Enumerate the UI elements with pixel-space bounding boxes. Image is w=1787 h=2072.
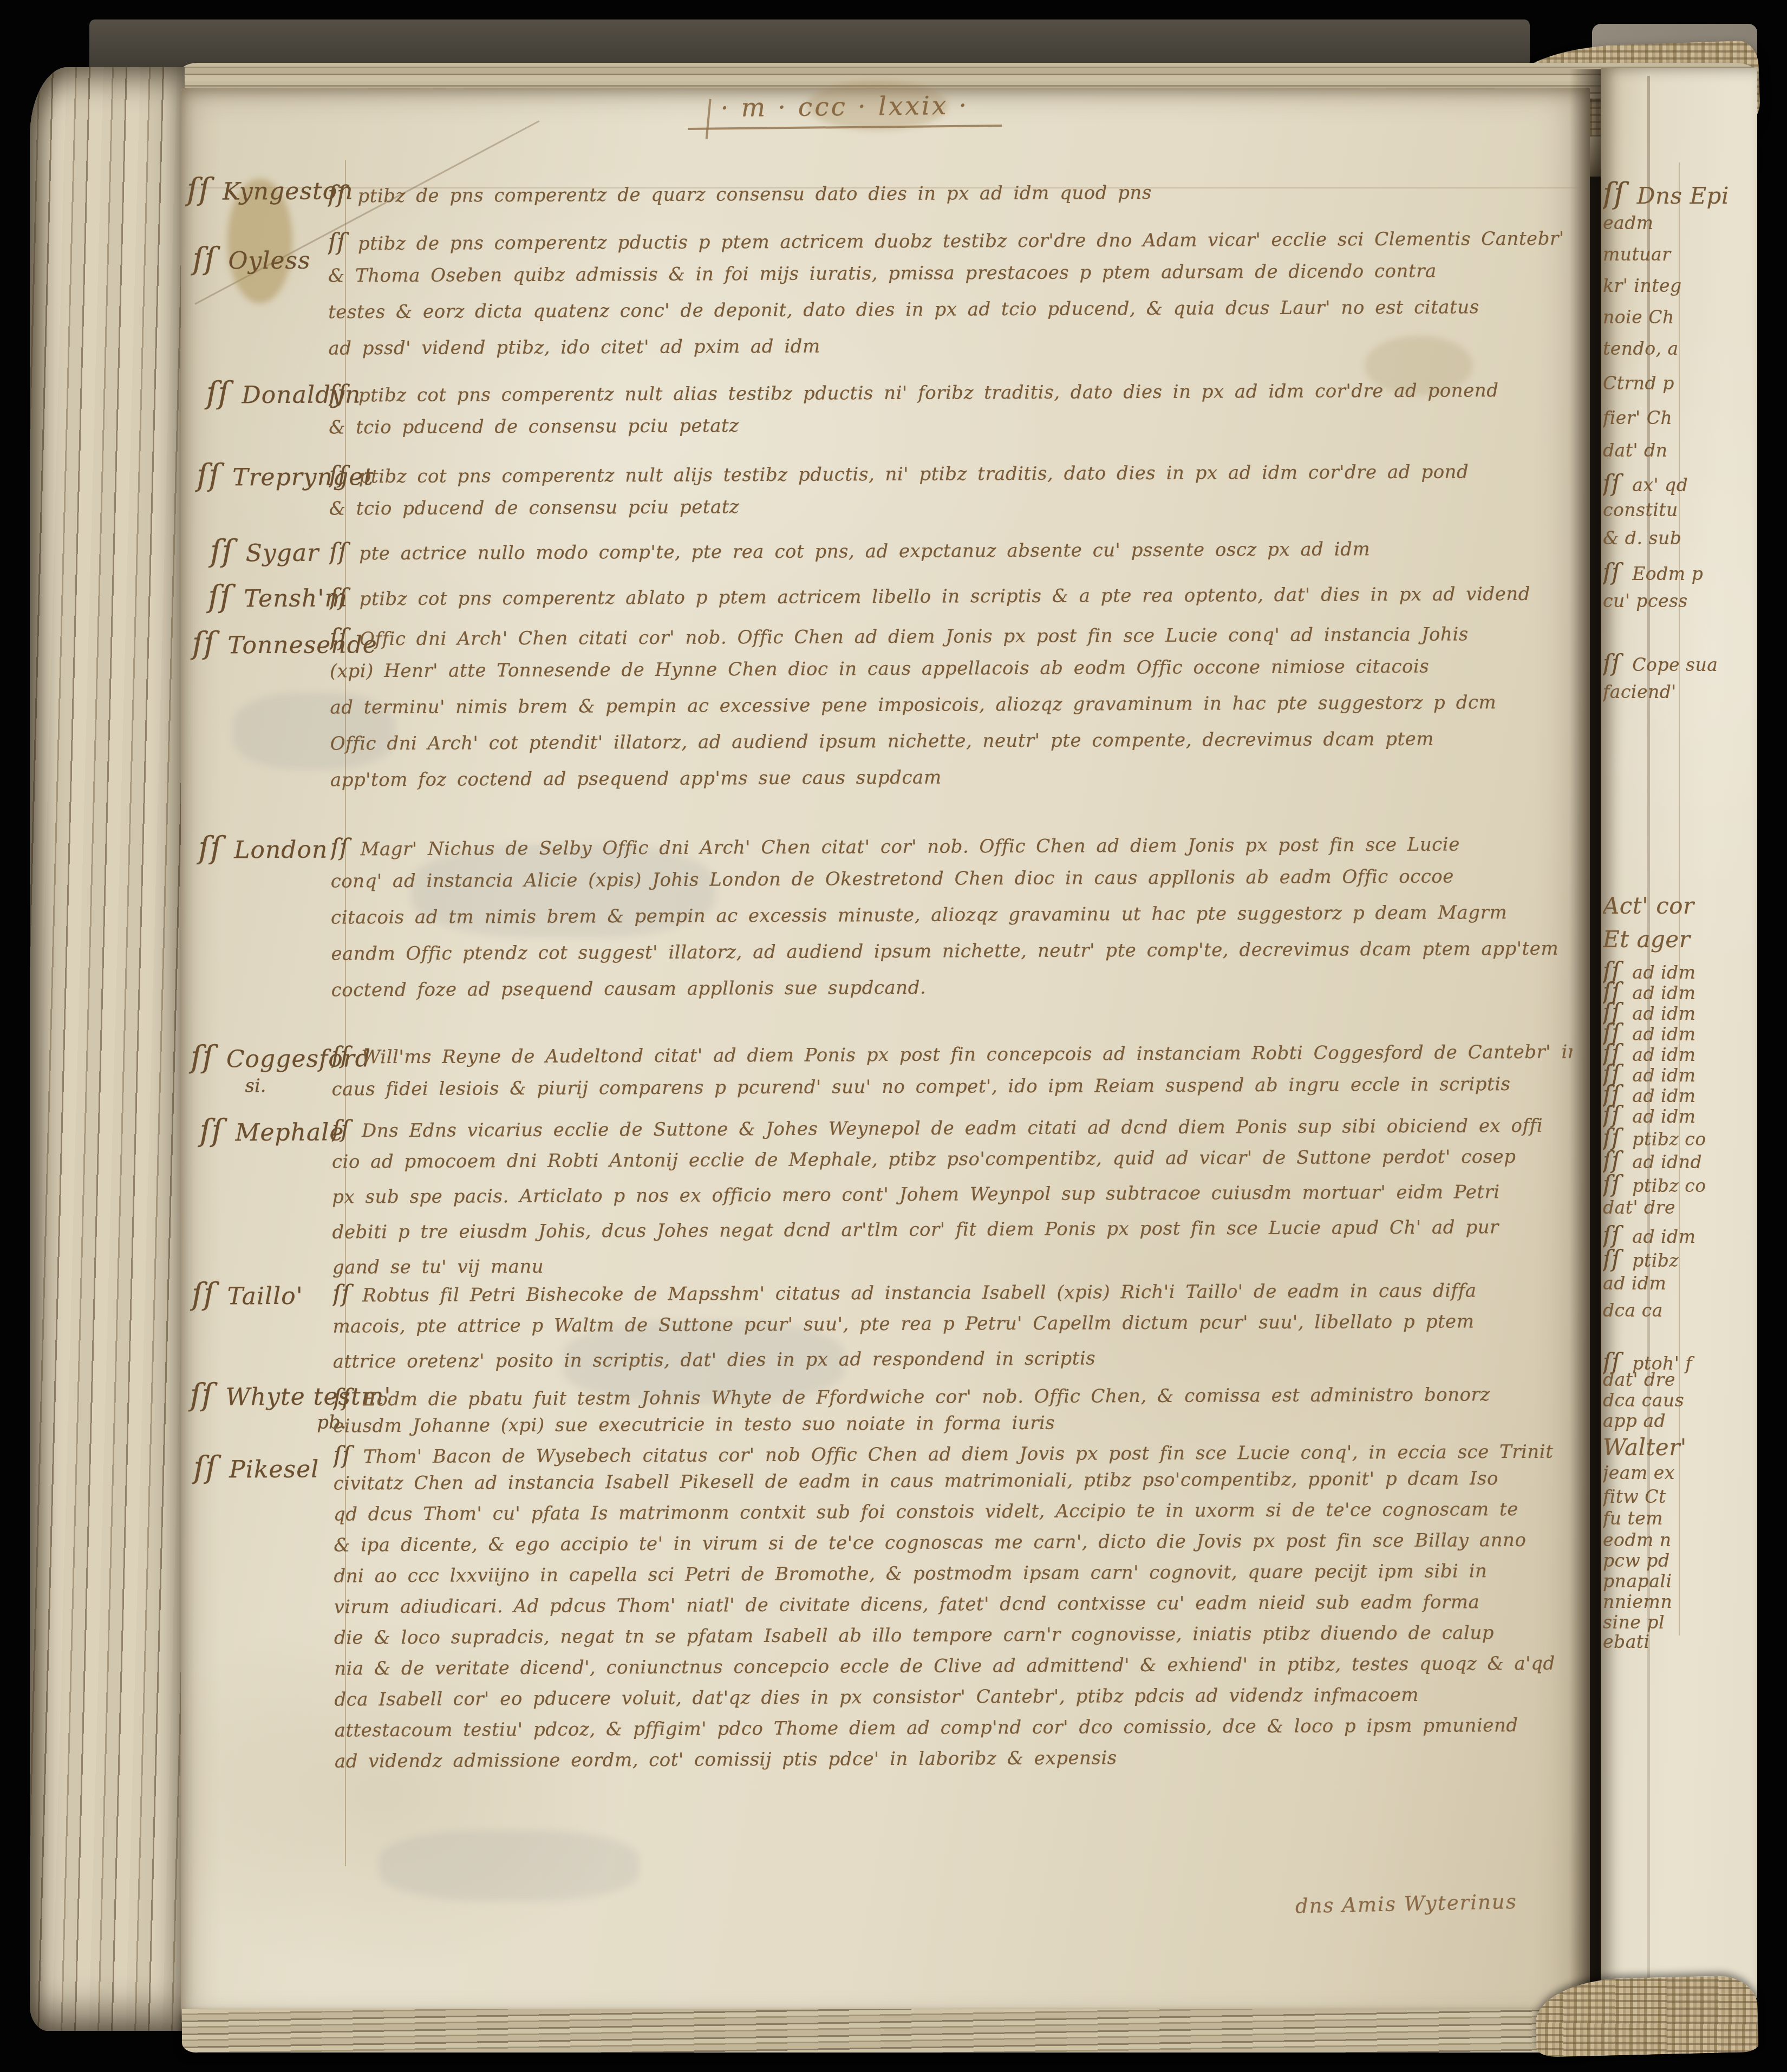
entry-line-pikesel-4: & ipa dicente, & ego accipio te' in viru… [334,1529,1575,1556]
entry-line-mephale-5: gand se tu' vij manu [332,1252,1574,1279]
entry-line-text: ad terminu' nimis brem & pempin ac exces… [330,692,1496,718]
entry-line-coggesford-1: ſſWill'ms Reyne de Audeltond citat' ad d… [331,1037,1573,1070]
entry-line-text: pte actrice nullo modo comp'te, pte rea … [359,538,1370,564]
entry-line-text: ad videndz admissione eordm, cot' comiss… [335,1747,1117,1772]
entry-line-pikesel-1: ſſThom' Bacon de Wysebech citatus cor' n… [333,1437,1574,1469]
paragraph-mark-icon: ſſ [192,1276,216,1312]
facing-fragment-31: ſſad idm [1603,1222,1756,1248]
margin-label-taillour: ſſTaillo' [192,1276,303,1312]
manuscript-photo: · m · ccc · lxxix · ſſKyngestonſſptibz d… [0,0,1787,2072]
facing-fragment-text: dat' dre [1603,1369,1675,1390]
entry-line-mephale-3: px sub spe pacis. Articlato p nos ex off… [332,1181,1573,1208]
facing-fragment-37: dca caus [1603,1390,1756,1411]
facing-fragment-text: pcw pd [1603,1550,1670,1571]
facing-fragment-34: dca ca [1603,1300,1756,1321]
paragraph-mark-icon: ſſ [1603,470,1620,497]
entry-line-text: ad pssd' vidend ptibz, ido citet' ad pxi… [328,336,820,360]
entry-line-text: px sub spe pacis. Articlato p nos ex off… [332,1181,1499,1208]
paragraph-mark-icon: ſſ [1603,1171,1620,1197]
entry-line-oyless-4: ad pssd' vidend ptibz, ido citet' ad pxi… [328,333,1569,360]
entry-line-text: die & loco supradcis, negat tn se pfatam… [334,1622,1494,1649]
facing-fragment-text: faciend' [1603,681,1677,702]
facing-fragment-40: jeam ex [1603,1462,1756,1483]
facing-fragment-3: mutuar [1603,244,1756,265]
facing-fragment-text: fitw Ct [1603,1486,1666,1507]
entry-line-text: testes & eorz dicta quatenz conc' de dep… [328,296,1479,323]
court-entries-layer: ſſKyngestonſſptibz de pns comperentz de … [0,0,1787,2072]
facing-fragment-36: dat' dre [1603,1369,1756,1390]
facing-fragment-32: ſſptibz [1603,1246,1756,1272]
paragraph-mark-icon: ſſ [331,1042,349,1069]
paragraph-mark-icon: ſſ [329,461,347,488]
entry-line-pikesel-2: civitatz Chen ad instancia Isabell Pikes… [334,1468,1575,1495]
entry-line-tonnesende-4: Offic dni Arch' cot ptendit' illatorz, a… [330,728,1571,755]
facing-fragment-text: ptibz [1632,1250,1679,1271]
paragraph-mark-icon: ſſ [193,1450,217,1485]
facing-fragment-text: dat' dre [1603,1197,1675,1218]
facing-fragment-18: Et ager [1603,926,1756,953]
entry-line-london-2: conq' ad instancia Alicie (xpis) Johis L… [331,865,1572,892]
entry-line-text: virum adiudicari. Ad pdcus Thom' niatl' … [334,1591,1480,1618]
entry-line-taillour-3: attrice oretenz' posito in scriptis, dat… [333,1346,1574,1373]
entry-line-text: gand se tu' vij manu [332,1256,544,1279]
facing-fragment-5: noie Ch [1603,307,1756,328]
facing-fragment-9: dat' dn [1603,440,1756,461]
entry-line-whyte-2: eiusdm Johanne (xpi) sue executricie in … [333,1410,1574,1437]
entry-line-tonnesende-2: (xpi) Henr' atte Tonnesende de Hynne Che… [330,655,1571,682]
entry-line-text: & Thoma Oseben quibz admissis & in foi m… [328,260,1437,287]
entry-line-text: ptibz de pns comperentz de quarz consens… [357,182,1152,207]
entry-line-pikesel-7: die & loco supradcis, negat tn se pfatam… [334,1622,1575,1649]
entry-line-text: ptibz cot pns comperentz ablato p ptem a… [360,583,1530,610]
facing-fragment-text: ad idm [1632,1226,1695,1247]
paragraph-mark-icon: ſſ [208,579,232,614]
entry-line-taillour-1: ſſRobtus fil Petri Bishecoke de Mapsshm'… [332,1275,1574,1308]
facing-fragment-text: Act' cor [1603,892,1694,919]
entry-line-text: ptibz cot pns comperentz nult alias test… [358,380,1499,406]
entry-line-text: Offic dni Arch' cot ptendit' illatorz, a… [330,728,1434,755]
entry-line-text: attestacoum testiu' pdcoz, & pffigim' pd… [334,1715,1518,1742]
facing-fragment-text: Et ager [1603,926,1690,953]
entry-line-sygar-1: ſſpte actrice nullo modo comp'te, pte re… [329,533,1570,566]
facing-fragment-33: ad idm [1603,1273,1756,1294]
entry-line-coggesford-2: caus fidei lesiois & piurij comparens p … [331,1073,1573,1100]
facing-fragment-28: ſſad idnd [1603,1147,1756,1174]
entry-line-pikesel-3: qd dcus Thom' cu' pfata Is matrimonm con… [334,1498,1575,1526]
facing-fragment-text: dca caus [1603,1390,1684,1411]
entry-line-text: & tcio pducend de consensu pciu petatz [329,415,739,438]
entry-line-text: ptibz cot pns comperentz nult alijs test… [359,461,1469,487]
margin-label-text: London [234,836,328,864]
entry-line-text: (xpi) Henr' atte Tonnesende de Hynne Che… [330,656,1429,682]
paragraph-mark-icon: ſſ [333,1384,351,1411]
entry-line-pikesel-6: virum adiudicari. Ad pdcus Thom' niatl' … [334,1591,1575,1618]
entry-line-text: Magr' Nichus de Selby Offic dni Arch' Ch… [361,833,1460,860]
margin-label-text: Sygar [246,539,319,568]
facing-fragment-15: ſſCope sua [1603,650,1756,676]
entry-line-text: Eodm die pbatu fuit testm Johnis Whyte d… [363,1384,1490,1410]
paragraph-mark-icon: ſſ [333,1442,351,1469]
entry-line-treprynget-2: & tcio pducend de consensu pciu petatz [329,493,1570,520]
entry-line-text: cio ad pmocoem dni Robti Antonij ecclie … [332,1146,1516,1173]
facing-fragment-44: pcw pd [1603,1550,1756,1571]
facing-fragment-text: kr' integ [1603,275,1682,296]
paragraph-mark-icon: ſſ [329,538,347,565]
entry-line-text: debiti p tre eiusdm Johis, dcus Johes ne… [332,1216,1498,1243]
entry-line-text: & ipa dicente, & ego accipio te' in viru… [334,1529,1526,1556]
facing-fragment-text: Dns Epi [1637,183,1729,209]
entry-line-london-3: citacois ad tm nimis brem & pempin ac ex… [331,902,1572,929]
paragraph-mark-icon: ſſ [328,229,345,256]
facing-fragment-text: sine pl [1603,1612,1665,1633]
facing-fragment-7: Ctrnd p [1603,373,1756,394]
paragraph-mark-icon: ſſ [328,181,345,208]
facing-fragment-text: mutuar [1603,244,1671,265]
facing-fragment-text: ax' qd [1632,474,1688,496]
margin-label-text: Oyless [228,247,310,275]
entry-line-pikesel-10: attestacoum testiu' pdcoz, & pffigim' pd… [334,1715,1575,1742]
entry-line-text: Robtus fil Petri Bishecoke de Mapsshm' c… [362,1280,1476,1306]
entry-line-tonnesende-3: ad terminu' nimis brem & pempin ac exces… [330,692,1571,719]
entry-line-mephale-2: cio ad pmocoem dni Robti Antonij ecclie … [332,1146,1573,1173]
entry-line-text: dca Isabell cor' eo pducere voluit, dat'… [334,1684,1419,1711]
facing-fragment-text: cu' pcess [1603,590,1688,611]
entry-line-tonnesende-5: app'tom foz coctend ad psequend app'ms s… [330,764,1571,791]
entry-line-text: conq' ad instancia Alicie (xpis) Johis L… [331,865,1454,892]
paragraph-mark-icon: ſſ [210,533,234,569]
paragraph-mark-icon: ſſ [197,458,220,493]
margin-label-text: Pikesel [229,1456,319,1484]
margin-label-tensham: ſſTensh'm [208,578,348,614]
facing-fragment-4: kr' integ [1603,275,1756,296]
entry-line-text: civitatz Chen ad instancia Isabell Pikes… [334,1468,1498,1494]
paragraph-mark-icon: ſſ [187,172,211,207]
entry-line-taillour-2: macois, pte attrice p Waltm de Suttone p… [332,1311,1574,1338]
entry-line-text: app'tom foz coctend ad psequend app'ms s… [330,767,942,791]
paragraph-mark-icon: ſſ [190,1377,214,1412]
paragraph-mark-icon: ſſ [1603,1222,1620,1248]
facing-fragment-38: app ad [1603,1410,1756,1431]
facing-fragment-46: nniemn [1603,1591,1756,1612]
entry-line-text: nia & de veritate dicend', coniunctnus c… [334,1653,1555,1680]
paragraph-mark-icon: ſſ [329,584,347,611]
facing-fragment-42: fu tem [1603,1508,1756,1529]
facing-fragment-text: tendo, a [1603,338,1679,359]
paragraph-mark-icon: ſſ [1603,1147,1620,1174]
entry-line-text: eandm Offic ptendz cot suggest' illatorz… [331,938,1558,965]
entry-line-kyngeston-1: ſſptibz de pns comperentz de quarz conse… [328,176,1569,208]
facing-fragment-text: noie Ch [1603,307,1674,328]
entry-line-donaldyn-1: ſſptibz cot pns comperentz nult alias te… [329,375,1570,408]
entry-line-text: eiusdm Johanne (xpi) sue executricie in … [333,1412,1055,1437]
entry-line-tonnesende-1: ſſOffic dni Arch' Chen citati cor' nob. … [330,619,1571,651]
margin-label-text: Taillo' [227,1282,303,1311]
entry-line-text: ptibz de pns comperentz pductis p ptem a… [358,228,1564,255]
entry-line-text: caus fidei lesiois & piurij comparens p … [331,1073,1510,1100]
entry-line-text: qd dcus Thom' cu' pfata Is matrimonm con… [334,1498,1518,1526]
facing-fragment-17: Act' cor [1603,892,1756,919]
entry-line-text: attrice oretenz' posito in scriptis, dat… [333,1347,1096,1372]
entry-line-text: Thom' Bacon de Wysebech citatus cor' nob… [363,1441,1554,1468]
margin-label-oyless: ſſOyless [193,241,311,277]
entry-line-text: Dns Edns vicarius ecclie de Suttone & Jo… [362,1115,1543,1142]
paragraph-mark-icon: ſſ [198,830,222,865]
facing-fragment-45: pnapali [1603,1571,1756,1592]
paragraph-mark-icon: ſſ [1603,559,1620,585]
facing-fragment-10: ſſax' qd [1603,470,1756,497]
entry-line-text: Offic dni Arch' Chen citati cor' nob. Of… [360,623,1469,650]
paragraph-mark-icon: ſſ [193,241,217,276]
facing-fragment-30: dat' dre [1603,1197,1756,1218]
facing-fragment-39: Walter' [1603,1434,1756,1461]
margin-label-london: ſſLondon [198,830,328,866]
entry-line-text: citacois ad tm nimis brem & pempin ac ex… [331,902,1507,928]
margin-sublabel-coggesford: si. [245,1075,266,1097]
facing-fragment-11: constitu [1603,499,1756,520]
paragraph-mark-icon: ſſ [332,1116,350,1143]
facing-fragment-text: pnapali [1603,1571,1672,1592]
facing-fragment-text: nniemn [1603,1591,1672,1612]
facing-fragment-text: jeam ex [1603,1462,1675,1483]
entry-line-oyless-1: ſſptibz de pns comperentz pductis p ptem… [328,224,1569,256]
facing-fragment-text: Cope sua [1632,654,1718,675]
facing-fragment-text: eodm n [1603,1529,1672,1550]
entry-line-text: macois, pte attrice p Waltm de Suttone p… [332,1311,1474,1337]
facing-fragment-43: eodm n [1603,1529,1756,1550]
entry-line-text: & tcio pducend de consensu pciu petatz [329,496,740,519]
facing-fragment-text: Ctrnd p [1603,373,1674,394]
paragraph-mark-icon: ſſ [192,625,216,661]
margin-label-pikesel: ſſPikesel [193,1450,319,1485]
entry-line-whyte-1: ſſEodm die pbatu fuit testm Johnis Whyte… [333,1379,1574,1412]
facing-fragment-text: fu tem [1603,1508,1663,1529]
facing-fragment-8: fier' Ch [1603,407,1756,428]
entry-line-tensham-1: ſſptibz cot pns comperentz ablato p ptem… [329,579,1570,611]
paragraph-mark-icon: ſſ [329,380,347,407]
paragraph-mark-icon: ſſ [330,624,348,651]
facing-fragment-2: eadm [1603,212,1756,233]
paragraph-mark-icon: ſſ [332,1280,350,1307]
entry-line-pikesel-11: ad videndz admissione eordm, cot' comiss… [335,1745,1576,1773]
facing-fragment-text: Walter' [1603,1434,1687,1461]
facing-fragment-text: ad idnd [1632,1151,1702,1172]
paragraph-mark-icon: ſſ [330,834,348,861]
entry-line-treprynget-1: ſſptibz cot pns comperentz nult alijs te… [329,457,1570,489]
margin-label-text: Mephale [235,1118,344,1146]
facing-fragment-47: sine pl [1603,1612,1756,1633]
facing-fragment-12: & d. sub [1603,527,1756,549]
entry-line-london-4: eandm Offic ptendz cot suggest' illatorz… [331,938,1572,965]
paragraph-mark-icon: ſſ [1603,177,1625,211]
entry-line-london-5: coctend foze ad psequend causam applloni… [331,974,1573,1001]
entry-line-text: coctend foze ad psequend causam applloni… [331,977,927,1001]
facing-fragment-13: ſſEodm p [1603,559,1756,585]
entry-line-pikesel-9: dca Isabell cor' eo pducere voluit, dat'… [334,1684,1575,1711]
facing-fragment-16: faciend' [1603,681,1756,702]
facing-fragment-48: ebati [1603,1631,1756,1652]
paragraph-mark-icon: ſſ [191,1039,214,1074]
entry-line-mephale-1: ſſDns Edns vicarius ecclie de Suttone & … [332,1111,1573,1143]
entry-line-london-1: ſſMagr' Nichus de Selby Offic dni Arch' … [330,829,1571,862]
facing-fragment-text: ptibz co [1632,1175,1706,1196]
facing-fragment-text: ebati [1603,1631,1650,1652]
entry-line-donaldyn-2: & tcio pducend de consensu pciu petatz [329,412,1570,439]
entry-line-pikesel-5: dni ao ccc lxxviijno in capella sci Petr… [334,1560,1575,1587]
entry-line-text: dni ao ccc lxxviijno in capella sci Petr… [334,1560,1487,1587]
paragraph-mark-icon: ſſ [206,375,230,411]
paragraph-mark-icon: ſſ [200,1113,224,1148]
facing-fragment-text: Eodm p [1632,563,1703,584]
scribal-bottom-note: dns Amis Wyterinus [1295,1890,1518,1918]
facing-fragment-text: fier' Ch [1603,407,1672,428]
entry-line-oyless-2: & Thoma Oseben quibz admissis & in foi m… [328,260,1569,287]
entry-line-mephale-4: debiti p tre eiusdm Johis, dcus Johes ne… [332,1216,1573,1243]
paragraph-mark-icon: ſſ [1603,1246,1620,1272]
entry-line-text: Will'ms Reyne de Audeltond citat' ad die… [361,1041,1573,1068]
facing-fragment-14: cu' pcess [1603,590,1756,611]
facing-fragment-text: & d. sub [1603,527,1681,549]
facing-fragment-text: ad idm [1603,1273,1666,1294]
entry-line-pikesel-8: nia & de veritate dicend', coniunctnus c… [334,1653,1575,1680]
facing-fragment-text: dat' dn [1603,440,1668,461]
facing-fragment-29: ſſptibz co [1603,1171,1756,1197]
paragraph-mark-icon: ſſ [1603,650,1620,676]
facing-fragment-text: constitu [1603,499,1678,520]
facing-fragment-text: app ad [1603,1410,1666,1431]
facing-fragment-text: eadm [1603,212,1654,233]
margin-label-mephale: ſſMephale [200,1112,344,1148]
facing-fragment-41: fitw Ct [1603,1486,1756,1507]
facing-fragment-6: tendo, a [1603,338,1756,359]
facing-fragment-1: ſſDns Epi [1603,177,1756,211]
entry-line-oyless-3: testes & eorz dicta quatenz conc' de dep… [328,296,1569,323]
facing-fragment-text: dca ca [1603,1300,1663,1321]
margin-label-sygar: ſſSygar [210,533,319,569]
